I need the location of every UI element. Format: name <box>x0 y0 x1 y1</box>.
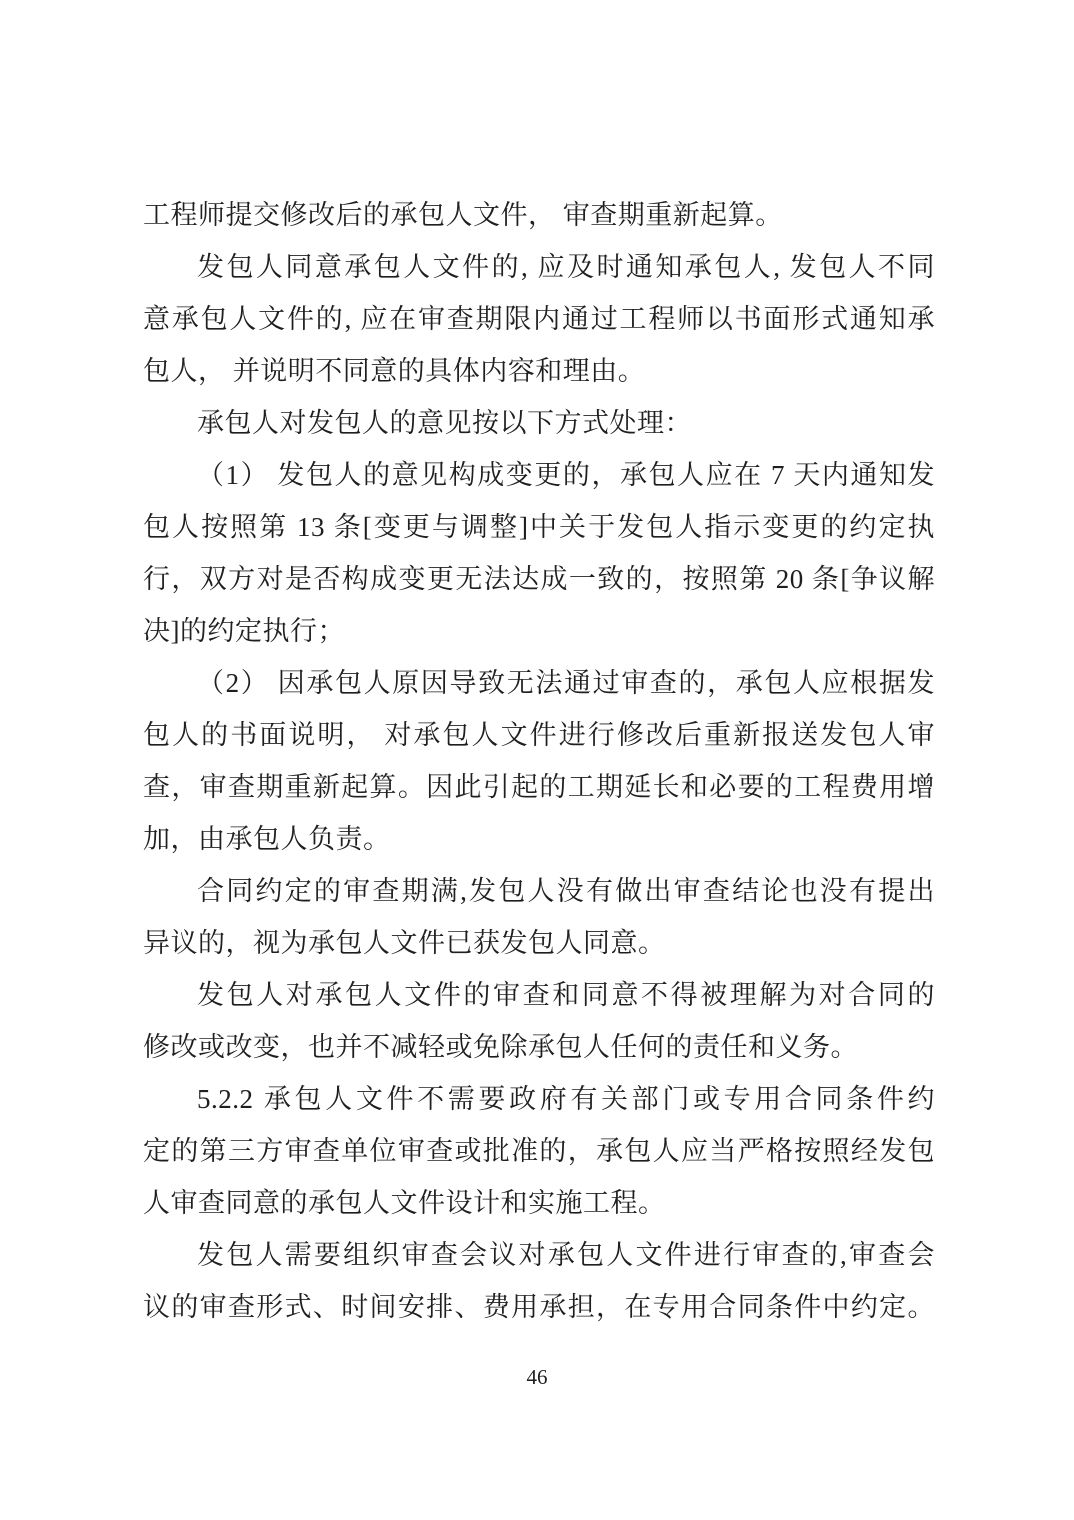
text-line: 加，由承包人负责。 <box>143 813 935 865</box>
text-line: 包人的书面说明， 对承包人文件进行修改后重新报送发包人审 <box>143 709 935 761</box>
text-line: 合同约定的审查期满,发包人没有做出审查结论也没有提出 <box>143 865 935 917</box>
text-line: 修改或改变，也并不减轻或免除承包人任何的责任和义务。 <box>143 1021 935 1073</box>
text-line: 决]的约定执行； <box>143 605 935 657</box>
text-line: 5.2.2 承包人文件不需要政府有关部门或专用合同条件约 <box>143 1073 935 1125</box>
page-number: 46 <box>0 1363 1074 1391</box>
text-line: （1） 发包人的意见构成变更的，承包人应在 7 天内通知发 <box>143 449 935 501</box>
text-line: 异议的，视为承包人文件已获发包人同意。 <box>143 917 935 969</box>
text-line: 行，双方对是否构成变更无法达成一致的，按照第 20 条[争议解 <box>143 553 935 605</box>
text-line: 包人按照第 13 条[变更与调整]中关于发包人指示变更的约定执 <box>143 501 935 553</box>
text-line: 发包人需要组织审查会议对承包人文件进行审查的,审查会 <box>143 1229 935 1281</box>
text-line: 人审查同意的承包人文件设计和实施工程。 <box>143 1177 935 1229</box>
text-line: 发包人同意承包人文件的, 应及时通知承包人, 发包人不同 <box>143 241 935 293</box>
document-body: 工程师提交修改后的承包人文件， 审查期重新起算。发包人同意承包人文件的, 应及时… <box>143 189 935 1333</box>
text-line: 议的审查形式、时间安排、费用承担，在专用合同条件中约定。 <box>143 1281 935 1333</box>
text-line: 包人， 并说明不同意的具体内容和理由。 <box>143 345 935 397</box>
text-line: 工程师提交修改后的承包人文件， 审查期重新起算。 <box>143 189 935 241</box>
text-line: 定的第三方审查单位审查或批准的，承包人应当严格按照经发包 <box>143 1125 935 1177</box>
text-line: （2） 因承包人原因导致无法通过审查的，承包人应根据发 <box>143 657 935 709</box>
text-line: 查，审查期重新起算。因此引起的工期延长和必要的工程费用增 <box>143 761 935 813</box>
document-page: 工程师提交修改后的承包人文件， 审查期重新起算。发包人同意承包人文件的, 应及时… <box>0 0 1074 1520</box>
text-line: 承包人对发包人的意见按以下方式处理： <box>143 397 935 449</box>
text-line: 发包人对承包人文件的审查和同意不得被理解为对合同的 <box>143 969 935 1021</box>
text-line: 意承包人文件的, 应在审查期限内通过工程师以书面形式通知承 <box>143 293 935 345</box>
